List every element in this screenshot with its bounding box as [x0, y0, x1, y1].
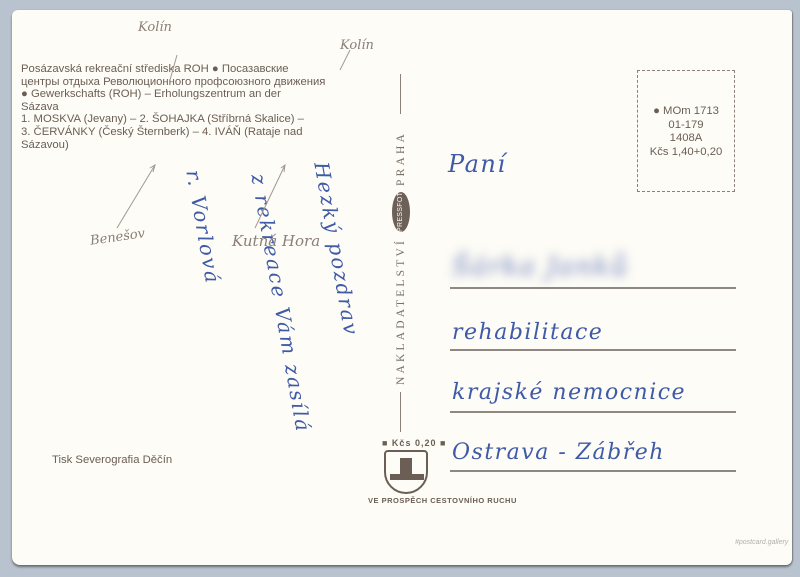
pencil-stroke-icon	[170, 55, 177, 80]
pencil-arrow-icon	[117, 165, 155, 228]
watermark: #postcard.gallery	[735, 539, 788, 546]
castle-icon	[384, 450, 428, 494]
tax-stamp: ■ Kčs 0,20 ■ VE PROSPĚCH CESTOVNÍHO RUCH…	[368, 438, 448, 504]
pencil-stroke-icon	[340, 50, 350, 70]
pencil-arrow-icon	[255, 165, 285, 228]
tax-stamp-value: ■ Kčs 0,20 ■	[382, 438, 446, 448]
tax-stamp-text: VE PROSPĚCH CESTOVNÍHO RUCHU	[368, 496, 517, 505]
printer-credit: Tisk Severografia Děčín	[52, 454, 172, 467]
